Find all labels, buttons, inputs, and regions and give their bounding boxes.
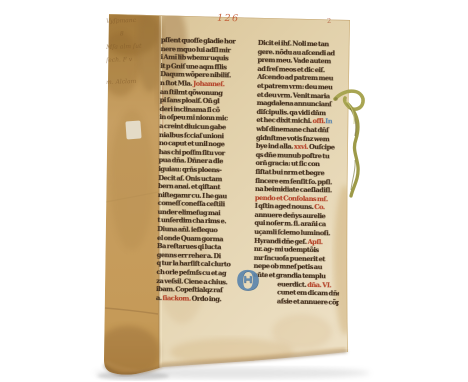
- photo-stage: pſſent quoſſe gladie hornere mquo lui ad…: [0, 0, 468, 382]
- manuscript-text-line: aſsie et annuere cõpl.: [253, 297, 339, 307]
- spine-inscriptions: Vyſpmanc8Mſa alm ſutſech. F vm. Alclam: [106, 14, 160, 88]
- corner-mark: 2: [327, 17, 331, 25]
- manuscript-column-left: pſſent quoſſe gladie hornere mquo lui ad…: [156, 36, 256, 304]
- cover-browning: [272, 314, 332, 350]
- blue-initial-letter: Θ: [236, 268, 260, 295]
- spine-label: [125, 120, 141, 139]
- folio-number: 126: [217, 13, 240, 24]
- spine-inscription-line: ſech. F v: [106, 52, 160, 67]
- manuscript-column-right: Dicit ei ihſ. Noli me tangere. nõdu au a…: [253, 39, 344, 307]
- spine-inscription-line: m. Alclam: [106, 74, 160, 88]
